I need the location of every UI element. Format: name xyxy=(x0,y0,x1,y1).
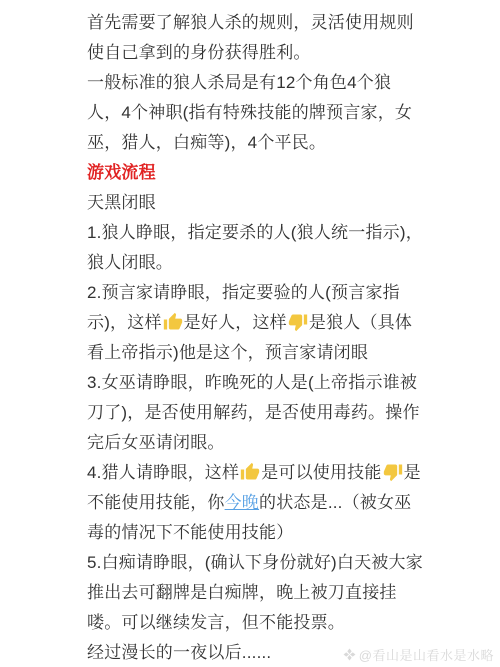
text-line: 狼人闭眼。 xyxy=(87,248,427,278)
watermark-text: @看山是山看水是水略 xyxy=(359,645,494,664)
text-line: 推出去可翻牌是白痴牌，晚上被刀直接挂 xyxy=(87,578,427,608)
text-line: 天黑闭眼 xyxy=(87,188,427,218)
text-line: 巫，猎人，白痴等)，4个平民。 xyxy=(87,128,427,158)
text-segment: 毒的情况下不能使用技能） xyxy=(87,523,293,542)
text-segment: 天黑闭眼 xyxy=(87,193,156,212)
text-segment: 推出去可翻牌是白痴牌，晚上被刀直接挂 xyxy=(87,583,397,602)
text-segment: 的状态是...（被女巫 xyxy=(259,493,411,512)
text-segment: 狼人闭眼。 xyxy=(87,253,173,272)
text-segment: 5.白痴请睁眼，(确认下身份就好)白天被大家 xyxy=(87,553,423,572)
watermark: @看山是山看水是水略 xyxy=(343,645,494,664)
text-line: 不能使用技能，你今晚的状态是...（被女巫 xyxy=(87,488,427,518)
text-line: 2.预言家请睁眼，指定要验的人(预言家指 xyxy=(87,278,427,308)
text-segment: 经过漫长的一夜以后...... xyxy=(87,643,271,662)
text-line: 4.猎人请睁眼，这样是可以使用技能是 xyxy=(87,458,427,488)
text-segment: 喽。可以继续发言，但不能投票。 xyxy=(87,613,345,632)
text-segment: 一般标准的狼人杀局是有12个角色4个狼 xyxy=(87,73,391,92)
text-segment: 4.猎人请睁眼，这样 xyxy=(87,463,239,482)
text-segment: 是 xyxy=(404,463,421,482)
watermark-logo-icon xyxy=(343,648,356,661)
text-segment: 人，4个神职(指有特殊技能的牌预言家，女 xyxy=(87,103,412,122)
text-line: 示)，这样是好人，这样是狼人（具体 xyxy=(87,308,427,338)
text-segment: 是好人，这样 xyxy=(184,313,287,332)
text-line: 3.女巫请睁眼，昨晚死的人是(上帝指示谁被 xyxy=(87,368,427,398)
text-line: 人，4个神职(指有特殊技能的牌预言家，女 xyxy=(87,98,427,128)
section-heading: 游戏流程 xyxy=(87,163,156,182)
text-line: 1.狼人睁眼，指定要杀的人(狼人统一指示)， xyxy=(87,218,427,248)
text-line: 喽。可以继续发言，但不能投票。 xyxy=(87,608,427,638)
text-segment: 3.女巫请睁眼，昨晚死的人是(上帝指示谁被 xyxy=(87,373,417,392)
text-line: 游戏流程 xyxy=(87,158,427,188)
text-segment: 是可以使用技能 xyxy=(261,463,381,482)
text-segment: 2.预言家请睁眼，指定要验的人(预言家指 xyxy=(87,283,400,302)
thumbs-down-icon xyxy=(383,462,403,482)
text-segment: 是狼人（具体 xyxy=(309,313,412,332)
text-line: 使自己拿到的身份获得胜利。 xyxy=(87,38,427,68)
thumbs-down-icon xyxy=(288,312,308,332)
rules-text-block: 首先需要了解狼人杀的规则，灵活使用规则使自己拿到的身份获得胜利。一般标准的狼人杀… xyxy=(87,8,427,667)
text-line: 一般标准的狼人杀局是有12个角色4个狼 xyxy=(87,68,427,98)
text-line: 刀了)，是否使用解药，是否使用毒药。操作 xyxy=(87,398,427,428)
text-line: 完后女巫请闭眼。 xyxy=(87,428,427,458)
text-segment: 使自己拿到的身份获得胜利。 xyxy=(87,43,311,62)
text-lines: 首先需要了解狼人杀的规则，灵活使用规则使自己拿到的身份获得胜利。一般标准的狼人杀… xyxy=(87,8,427,667)
thumbs-up-icon xyxy=(240,462,260,482)
tonight-link[interactable]: 今晚 xyxy=(225,493,259,512)
text-segment: 示)，这样 xyxy=(87,313,162,332)
text-segment: 刀了)，是否使用解药，是否使用毒药。操作 xyxy=(87,403,420,422)
text-segment: 完后女巫请闭眼。 xyxy=(87,433,225,452)
thumbs-up-icon xyxy=(163,312,183,332)
text-line: 看上帝指示)他是这个，预言家请闭眼 xyxy=(87,338,427,368)
text-segment: 1.狼人睁眼，指定要杀的人(狼人统一指示)， xyxy=(87,223,423,242)
text-line: 5.白痴请睁眼，(确认下身份就好)白天被大家 xyxy=(87,548,427,578)
text-segment: 巫，猎人，白痴等)，4个平民。 xyxy=(87,133,326,152)
text-segment: 首先需要了解狼人杀的规则，灵活使用规则 xyxy=(87,13,414,32)
text-segment: 看上帝指示)他是这个，预言家请闭眼 xyxy=(87,343,368,362)
text-line: 毒的情况下不能使用技能） xyxy=(87,518,427,548)
text-line: 首先需要了解狼人杀的规则，灵活使用规则 xyxy=(87,8,427,38)
text-segment: 不能使用技能，你 xyxy=(87,493,225,512)
note-page: 首先需要了解狼人杀的规则，灵活使用规则使自己拿到的身份获得胜利。一般标准的狼人杀… xyxy=(0,0,500,667)
